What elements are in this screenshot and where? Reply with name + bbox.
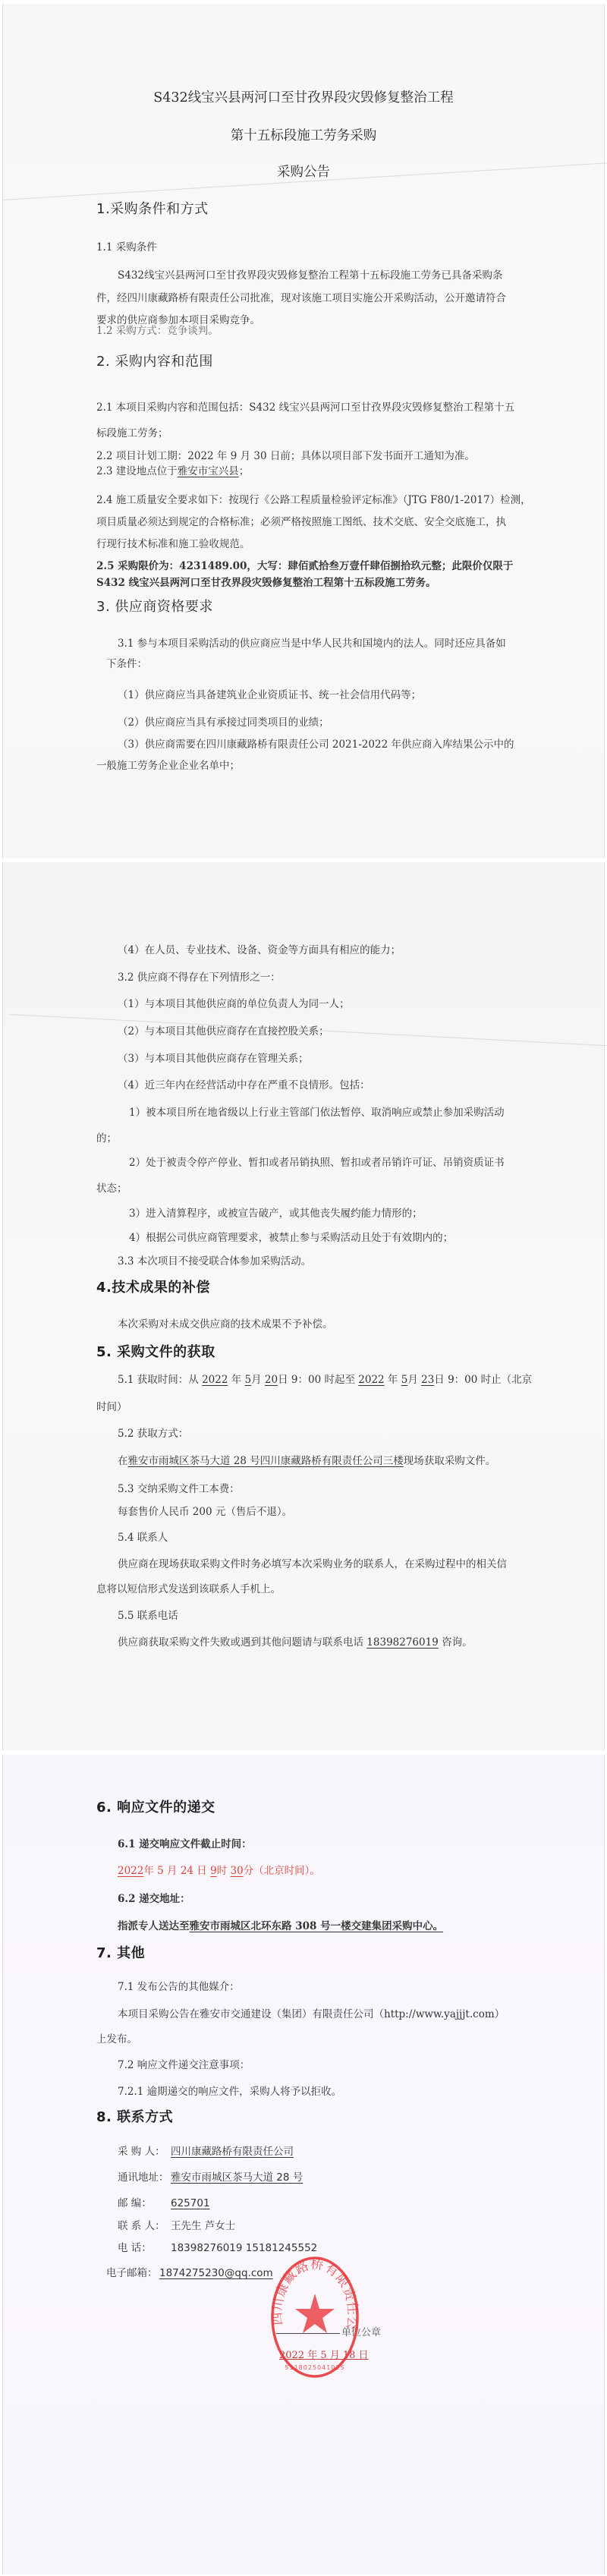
purchaser-name: 四川康藏路桥有限责任公司 bbox=[171, 2146, 294, 2158]
section-5-4-label: 5.4 联系人 bbox=[118, 1531, 168, 1545]
bad-conduct-item: 的； bbox=[96, 1132, 117, 1145]
section-6-2-body: 指派专人送达至雅安市雨城区北环东路 308 号一楼交建集团采购中心。 bbox=[118, 1919, 443, 1933]
contact-row-purchaser: 采 购 人：四川康藏路桥有限责任公司 bbox=[118, 2145, 294, 2159]
section-2-3-prefix: 2.3 建设地点位于 bbox=[96, 465, 178, 477]
document-page-2 bbox=[2, 862, 605, 1750]
section-7-2-1: 7.2.1 逾期递交的响应文件，采购人将予以拒收。 bbox=[118, 2085, 341, 2099]
section-1-2-method: 1.2 采购方式：竞争谈判。 bbox=[96, 324, 219, 338]
section-2-5-price-limit-line: S432 线宝兴县两河口至甘孜界段灾毁修复整治工程第十五标段施工劳务。 bbox=[96, 576, 436, 590]
company-seal-icon: 四川康藏路桥有限责任公司 5118025041025 bbox=[269, 2256, 360, 2379]
document-title-line2: 第十五标段施工劳务采购 bbox=[0, 129, 607, 143]
qualification-condition: （4）在人员、专业技术、设备、资金等方面具有相应的能力； bbox=[118, 943, 401, 957]
section-6-1-label: 6.1 递交响应文件截止时间： bbox=[118, 1838, 252, 1851]
bad-conduct-item: 4）根据公司供应商管理要求，被禁止参与采购活动且处于有效期内的； bbox=[129, 1231, 453, 1245]
bad-conduct-item: 状态； bbox=[96, 1182, 127, 1195]
mailing-address: 雅安市雨城区茶马大道 28 号 bbox=[171, 2171, 303, 2184]
section-5-2-prefix: 在 bbox=[118, 1455, 128, 1467]
section-1-1-label: 1.1 采购条件 bbox=[96, 241, 157, 254]
section-2-1-line: 标段施工劳务； bbox=[96, 427, 168, 440]
email-address[interactable]: 1874275230@qq.com bbox=[159, 2267, 273, 2279]
section-2-4-line: 项目质量必须达到规定的合格标准；必须严格按照施工图纸、技术交底、安全交底施工，执 bbox=[96, 515, 506, 529]
contact-label: 通讯地址： bbox=[118, 2171, 171, 2184]
contact-label: 邮 编： bbox=[118, 2197, 171, 2210]
section-6-2-label: 6.2 递交地址： bbox=[118, 1892, 190, 1906]
contact-label: 联 系 人： bbox=[118, 2219, 171, 2233]
deadline-tail: 分（北京时间）。 bbox=[244, 1865, 320, 1877]
start-day: 20 bbox=[265, 1374, 278, 1386]
end-year: 2022 bbox=[358, 1374, 384, 1386]
section-6-2-prefix: 指派专人送达至 bbox=[118, 1920, 190, 1932]
section-3-heading: 3. 供应商资格要求 bbox=[96, 600, 213, 614]
contact-persons: 王先生 芦女士 bbox=[171, 2220, 235, 2232]
exclusion-item: （1）与本项目其他供应商的单位负责人为同一人； bbox=[118, 997, 350, 1011]
section-7-1-body-line: 本项目采购公告在雅安市交通建设（集团）有限责任公司（http://www.yaj… bbox=[118, 2008, 505, 2021]
start-year: 2022 bbox=[202, 1374, 228, 1386]
end-month: 5 bbox=[401, 1374, 408, 1386]
exclusion-item: （3）与本项目其他供应商存在管理关系； bbox=[118, 1052, 309, 1066]
deadline-minute: 30 bbox=[230, 1865, 243, 1877]
section-3-1-line: 3.1 参与本项目采购活动的供应商应当是中华人民共和国境内的法人。同时还应具备如 bbox=[118, 637, 506, 650]
section-5-5-body: 供应商获取采购文件失败或遇到其他问题请与联系电话 18398276019 咨询。 bbox=[118, 1636, 473, 1649]
section-8-heading: 8. 联系方式 bbox=[96, 2111, 173, 2124]
section-6-heading: 6. 响应文件的递交 bbox=[96, 1801, 215, 1815]
section-5-5-suffix: 咨询。 bbox=[439, 1636, 473, 1649]
contact-row-email: 电子邮箱：1874275230@qq.com bbox=[106, 2266, 273, 2280]
section-7-heading: 7. 其他 bbox=[96, 1947, 145, 1960]
submission-deadline: 2022年 5 月 24 日 9时 30分（北京时间）。 bbox=[118, 1864, 320, 1878]
section-5-3-fee: 每套售价人民币 200 元（售后不退）。 bbox=[118, 1505, 292, 1519]
deadline-date: 年 5 月 24 日 bbox=[143, 1865, 210, 1877]
qualification-condition: 一般施工劳务企业企业名单中； bbox=[96, 759, 240, 773]
section-7-1-label: 7.1 发布公告的其他媒介： bbox=[118, 1980, 240, 1994]
qualification-condition: （3）供应商需要在四川康藏路桥有限责任公司 2021-2022 年供应商入库结果… bbox=[118, 738, 514, 751]
deadline-hour-label: 时 bbox=[217, 1865, 231, 1877]
section-1-heading: 1.采购条件和方式 bbox=[96, 203, 209, 216]
exclusion-item: （4）近三年内在经营活动中存在严重不良情形。包括： bbox=[118, 1079, 370, 1092]
contact-label: 采 购 人： bbox=[118, 2145, 171, 2159]
section-5-4-body-line: 息将以短信形式发送到该联系人手机上。 bbox=[96, 1582, 281, 1596]
contact-row-phone: 电 话：18398276019 15181245552 bbox=[118, 2241, 317, 2255]
section-7-2-label: 7.2 响应文件递交注意事项： bbox=[118, 2058, 250, 2072]
contact-row-person: 联 系 人：王先生 芦女士 bbox=[118, 2219, 235, 2233]
section-5-1-acquisition-time: 5.1 获取时间：从 2022 年 5月 20日 9：00 时起至 2022 年… bbox=[118, 1373, 532, 1387]
section-4-heading: 4.技术成果的补偿 bbox=[96, 1281, 210, 1295]
section-5-4-body-line: 供应商在现场获取采购文件时务必填写本次采购业务的联系人，在采购过程中的相关信 bbox=[118, 1557, 507, 1571]
postcode: 625701 bbox=[171, 2197, 210, 2209]
section-5-2-body: 在雅安市雨城区茶马大道 28 号四川康藏路桥有限责任公司三楼现场获取采购文件。 bbox=[118, 1454, 495, 1468]
qualification-condition: （1）供应商应当具备建筑业企业资质证书、统一社会信用代码等； bbox=[118, 688, 421, 702]
bad-conduct-item: 1）被本项目所在地省级以上行业主管部门依法暂停、取消响应或禁止参加采购活动 bbox=[129, 1106, 505, 1120]
deadline-year: 2022 bbox=[118, 1865, 143, 1877]
document-title-line1: S432线宝兴县两河口至甘孜界段灾毁修复整治工程 bbox=[0, 91, 607, 105]
section-1-1-body-line: S432线宝兴县两河口至甘孜界段灾毁修复整治工程第十五标段施工劳务已具备采购条 bbox=[118, 269, 503, 282]
end-day: 23 bbox=[421, 1374, 434, 1386]
phone-numbers: 18398276019 15181245552 bbox=[171, 2242, 317, 2254]
section-5-5-prefix: 供应商获取采购文件失败或遇到其他问题请与联系电话 bbox=[118, 1636, 366, 1649]
end-time: 9：00 bbox=[448, 1374, 477, 1386]
contact-row-postcode: 邮 编：625701 bbox=[118, 2197, 210, 2210]
section-3-1-line: 下条件： bbox=[106, 657, 147, 671]
section-2-heading: 2. 采购内容和范围 bbox=[96, 355, 213, 369]
exclusion-item: （2）与本项目其他供应商存在直接控股关系； bbox=[118, 1025, 329, 1038]
svg-text:5118025041025: 5118025041025 bbox=[285, 2364, 344, 2371]
section-7-1-body-line: 上发布。 bbox=[96, 2033, 137, 2046]
deadline-hour: 9 bbox=[210, 1865, 217, 1877]
contact-label: 电子邮箱： bbox=[106, 2266, 159, 2280]
document-page-3 bbox=[2, 1755, 605, 2574]
section-2-5-price-limit-line: 2.5 采购限价为：4231489.00，大写：肆佰贰拾叁万壹仟肆佰捌拾玖元整；… bbox=[96, 559, 513, 573]
construction-location: 雅安市宝兴县 bbox=[178, 465, 239, 477]
section-5-2-suffix: 现场获取采购文件。 bbox=[404, 1455, 496, 1467]
section-2-3-suffix: ； bbox=[239, 465, 250, 477]
section-5-1-prefix: 5.1 获取时间：从 bbox=[118, 1374, 202, 1386]
contact-row-address: 通讯地址：雅安市雨城区茶马大道 28 号 bbox=[118, 2171, 303, 2184]
section-3-2-label: 3.2 供应商不得存在下列情形之一： bbox=[118, 971, 281, 984]
section-2-4-line: 2.4 施工质量安全要求如下：按现行《公路工程质量检验评定标准》（JTG F80… bbox=[96, 493, 531, 507]
section-5-5-label: 5.5 联系电话 bbox=[118, 1609, 178, 1623]
bad-conduct-item: 3）进入清算程序，或被宣告破产，或其他丧失履约能力情形的； bbox=[129, 1207, 423, 1220]
bad-conduct-item: 2）处于被责令停产停业、暂扣或者吊销执照、暂扣或者吊销许可证、吊销资质证书 bbox=[129, 1156, 505, 1170]
section-3-3: 3.3 本次项目不接受联合体参加采购活动。 bbox=[118, 1255, 311, 1268]
section-2-4-line: 行现行技术标准和施工验收规范。 bbox=[96, 537, 250, 551]
section-1-1-body-line: 件，经四川康藏路桥有限责任公司批准，现对该施工项目实施公开采购活动，公开邀请符合 bbox=[96, 291, 506, 305]
start-month: 5 bbox=[245, 1374, 252, 1386]
contact-label: 电 话： bbox=[118, 2241, 171, 2255]
section-2-1-line: 2.1 本项目采购内容和范围包括：S432 线宝兴县两河口至甘孜界段灾毁修复整治… bbox=[96, 401, 514, 414]
section-5-1-line2: 时间） bbox=[96, 1400, 127, 1414]
document-title-line3: 采购公告 bbox=[0, 165, 607, 179]
section-5-heading: 5. 采购文件的获取 bbox=[96, 1346, 215, 1359]
submission-location: 雅安市雨城区北环东路 308 号一楼交建集团采购中心。 bbox=[190, 1920, 444, 1932]
section-5-2-label: 5.2 获取方式： bbox=[118, 1427, 188, 1441]
start-time: 9：00 bbox=[291, 1374, 321, 1386]
acquisition-location: 雅安市雨城区茶马大道 28 号四川康藏路桥有限责任公司三楼 bbox=[128, 1455, 404, 1467]
section-2-3-location: 2.3 建设地点位于雅安市宝兴县； bbox=[96, 464, 249, 478]
section-5-3-label: 5.3 交纳采购文件工本费： bbox=[118, 1482, 240, 1496]
section-2-2-schedule: 2.2 项目计划工期：2022 年 9 月 30 日前；具体以项目部下发书面开工… bbox=[96, 449, 475, 463]
contact-phone: 18398276019 bbox=[366, 1636, 438, 1649]
qualification-condition: （2）供应商应当具有承接过同类项目的业绩； bbox=[118, 716, 329, 729]
section-5-1-tail: 时止（北京 bbox=[481, 1374, 533, 1386]
section-4-body: 本次采购对未成交供应商的技术成果不予补偿。 bbox=[118, 1318, 333, 1331]
